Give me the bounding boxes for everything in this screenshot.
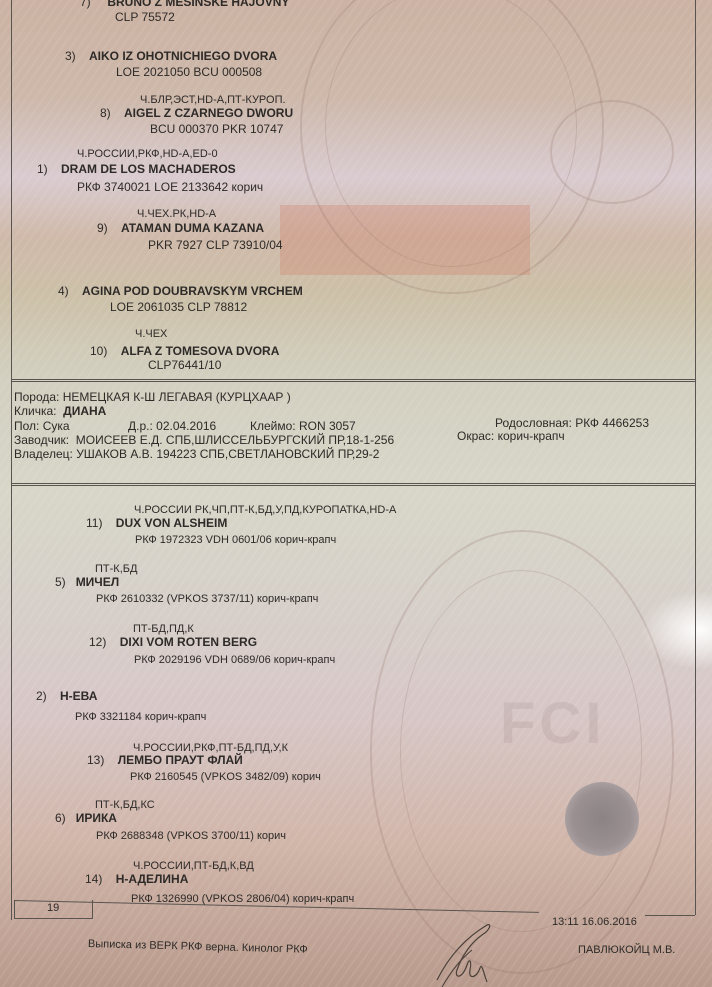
- ancestor-number: 9): [97, 221, 108, 235]
- owner-label: Владелец:: [14, 447, 73, 461]
- dob-row: Д.р.: 02.04.2016: [128, 419, 216, 433]
- breeder-value: МОИСЕЕВ Е.Д. СПБ,ШЛИССЕЛЬБУРГСКИЙ ПР,18-…: [76, 433, 394, 447]
- ancestor-14-titles: Ч.РОССИИ,ПТ-БД,К,ВД: [133, 859, 254, 873]
- ancestor-12-titles: ПТ-БД,ПД,К: [133, 622, 194, 636]
- frame-left-border: [11, 0, 12, 920]
- ancestor-10: 10) ALFA Z TOMESOVA DVORA: [90, 344, 279, 358]
- upper-section-divider-double: [11, 381, 695, 382]
- ancestor-3: 3) AIKO IZ OHOTNICHIEGO DVORA: [65, 49, 277, 63]
- ancestor-name: DUX VON ALSHEIM: [116, 516, 228, 530]
- pedigree-label: Родословная:: [495, 416, 572, 430]
- ancestor-4: 4) AGINA POD DOUBRAVSKYM VRCHEM: [58, 284, 303, 298]
- small-globe-watermark: [550, 100, 674, 204]
- ancestor-11: 11) DUX VON ALSHEIM: [86, 516, 227, 530]
- brand-label: Клеймо:: [250, 419, 296, 433]
- ancestor-number: 1): [37, 162, 48, 176]
- ancestor-name: AIKO IZ OHOTNICHIEGO DVORA: [89, 49, 277, 63]
- ancestor-number: 14): [85, 872, 102, 886]
- ancestor-number: 8): [100, 106, 111, 120]
- ancestor-name: ATAMAN DUMA KAZANA: [121, 221, 264, 235]
- ancestor-6: 6) ИРИКА: [55, 811, 117, 825]
- ancestor-8: 8) AIGEL Z CZARNEGO DWORU: [100, 106, 293, 120]
- ancestor-number: 4): [58, 284, 69, 298]
- ancestor-10-titles: Ч.ЧЕХ: [135, 327, 167, 341]
- color-value: корич-крапч: [498, 429, 565, 443]
- ancestor-12: 12) DIXI VOM ROTEN BERG: [89, 635, 257, 649]
- owner-row: Владелец: УШАКОВ А.В. 194223 СПБ,СВЕТЛАН…: [14, 447, 379, 461]
- ancestor-7: 7) BRUNO Z MESINSKE HAJOVNY: [80, 0, 289, 9]
- frame-right-border: [695, 0, 696, 915]
- ancestor-1: 1) DRAM DE LOS MACHADEROS: [37, 162, 236, 176]
- ancestor-4-registration: LOE 2061035 CLP 78812: [110, 300, 247, 314]
- lower-section-divider: [11, 483, 695, 484]
- owner-value: УШАКОВ А.В. 194223 СПБ,СВЕТЛАНОВСКИЙ ПР,…: [76, 447, 379, 461]
- ancestor-name: Н-АДЕЛИНА: [116, 872, 189, 886]
- sex-row: Пол: Сука: [14, 419, 70, 433]
- ancestor-2: 2) Н-ЕВА: [36, 689, 97, 703]
- color-label: Окрас:: [457, 429, 494, 443]
- ancestor-number: 7): [80, 0, 91, 9]
- dog-name: ДИАНА: [63, 404, 106, 418]
- brand-row: Клеймо: RON 3057: [250, 419, 356, 433]
- ancestor-3-registration: LOE 2021050 BCU 000508: [116, 65, 262, 79]
- ancestor-number: 10): [90, 344, 107, 358]
- ancestor-13-registration: РКФ 2160545 (VPKOS 3482/09) корич: [130, 770, 321, 784]
- ancestor-name: ALFA Z TOMESOVA DVORA: [121, 344, 280, 358]
- ancestor-13: 13) ЛЕМБО ПРАУТ ФЛАЙ: [87, 753, 243, 767]
- dob-value: 02.04.2016: [156, 419, 216, 433]
- fci-watermark-text: FCI: [500, 690, 605, 757]
- breed-row: Порода: НЕМЕЦКАЯ К-Ш ЛЕГАВАЯ (КУРЦХААР ): [14, 390, 291, 404]
- bottom-border-line-right: [645, 915, 695, 916]
- ancestor-number: 11): [86, 516, 102, 530]
- ancestor-5-registration: РКФ 2610332 (VPKOS 3737/11) корич-крапч: [96, 592, 318, 606]
- ancestor-name: AGINA POD DOUBRAVSKYM VRCHEM: [82, 284, 303, 298]
- ancestor-12-registration: РКФ 2029196 VDH 0689/06 корич-крапч: [134, 653, 335, 667]
- name-label: Кличка:: [14, 404, 56, 418]
- ancestor-number: 12): [89, 635, 106, 649]
- pedigree-row: Родословная: РКФ 4466253: [495, 416, 649, 430]
- ancestor-number: 13): [87, 753, 104, 767]
- ancestor-name: DIXI VOM ROTEN BERG: [120, 635, 257, 649]
- ancestor-9-titles: Ч.ЧЕХ.РК,HD-A: [137, 207, 216, 221]
- breed-label: Порода:: [14, 390, 59, 404]
- breeder-label: Заводчик:: [14, 433, 69, 447]
- breed-value: НЕМЕЦКАЯ К-Ш ЛЕГАВАЯ (КУРЦХААР ): [63, 390, 291, 404]
- ancestor-name: ИРИКА: [76, 811, 117, 825]
- ancestor-name: МИЧЕЛ: [76, 575, 119, 589]
- ancestor-9: 9) ATAMAN DUMA KAZANA: [97, 221, 264, 235]
- ancestor-1-registration: РКФ 3740021 LOE 2133642 корич: [77, 180, 263, 194]
- ancestor-8-registration: BCU 000370 PKR 10747: [150, 122, 283, 136]
- breeder-row: Заводчик: МОИСЕЕВ Е.Д. СПБ,ШЛИССЕЛЬБУРГС…: [14, 433, 394, 447]
- ancestor-number: 5): [55, 575, 66, 589]
- page-number-box: 19: [14, 900, 93, 919]
- ancestor-14: 14) Н-АДЕЛИНА: [85, 872, 188, 886]
- brand-value: RON 3057: [299, 419, 356, 433]
- ancestor-10-registration: CLP76441/10: [148, 358, 221, 372]
- page-number: 19: [47, 902, 59, 914]
- certification-text: Выписка из ВЕРК РКФ верна. Кинолог РКФ: [88, 937, 308, 957]
- timestamp: 13:11 16.06.2016: [552, 915, 637, 929]
- ancestor-number: 2): [36, 689, 47, 703]
- hologram-sticker: [565, 782, 639, 856]
- ancestor-1-titles: Ч.РОССИИ,РКФ,HD-A,ED-0: [77, 147, 218, 161]
- sex-label: Пол:: [14, 419, 39, 433]
- signatory-name: ПАВЛЮКОЙЦ М.В.: [578, 943, 675, 957]
- ancestor-number: 3): [65, 49, 76, 63]
- pedigree-number: РКФ 4466253: [575, 416, 649, 430]
- name-row: Кличка: ДИАНА: [14, 404, 106, 418]
- sex-value: Сука: [43, 419, 70, 433]
- ancestor-2-registration: РКФ 3321184 корич-крапч: [75, 710, 206, 724]
- ancestor-name: BRUNO Z MESINSKE HAJOVNY: [107, 0, 289, 9]
- ancestor-name: AIGEL Z CZARNEGO DWORU: [124, 106, 293, 120]
- ancestor-number: 6): [55, 811, 66, 825]
- upper-section-divider: [11, 379, 695, 380]
- ancestor-9-registration: PKR 7927 CLP 73910/04: [148, 238, 283, 252]
- ancestor-5: 5) МИЧЕЛ: [55, 575, 119, 589]
- ancestor-5-titles: ПТ-К,БД: [95, 562, 137, 576]
- dob-label: Д.р.:: [128, 419, 153, 433]
- ancestor-name: Н-ЕВА: [60, 689, 97, 703]
- ancestor-name: DRAM DE LOS MACHADEROS: [61, 162, 236, 176]
- ancestor-11-titles: Ч.РОССИИ РК,ЧП,ПТ-К,БД,У,ПД,КУРОПАТКА,HD…: [134, 503, 396, 517]
- ancestor-6-titles: ПТ-К,БД,КС: [95, 798, 155, 812]
- signature-icon: [432, 920, 502, 987]
- ancestor-name: ЛЕМБО ПРАУТ ФЛАЙ: [118, 753, 243, 767]
- ancestor-14-registration: РКФ 1326990 (VPKOS 2806/04) корич-крапч: [131, 892, 354, 906]
- lower-section-divider-double: [11, 485, 695, 486]
- ancestor-11-registration: РКФ 1972323 VDH 0601/06 корич-крапч: [135, 533, 336, 547]
- color-row: Окрас: корич-крапч: [457, 429, 565, 443]
- ancestor-8-titles: Ч.БЛР,ЭСТ,HD-A,ПТ-КУРОП.: [140, 93, 286, 107]
- ancestor-6-registration: РКФ 2688348 (VPKOS 3700/11) корич: [96, 829, 286, 843]
- ancestor-7-registration: CLP 75572: [115, 10, 175, 24]
